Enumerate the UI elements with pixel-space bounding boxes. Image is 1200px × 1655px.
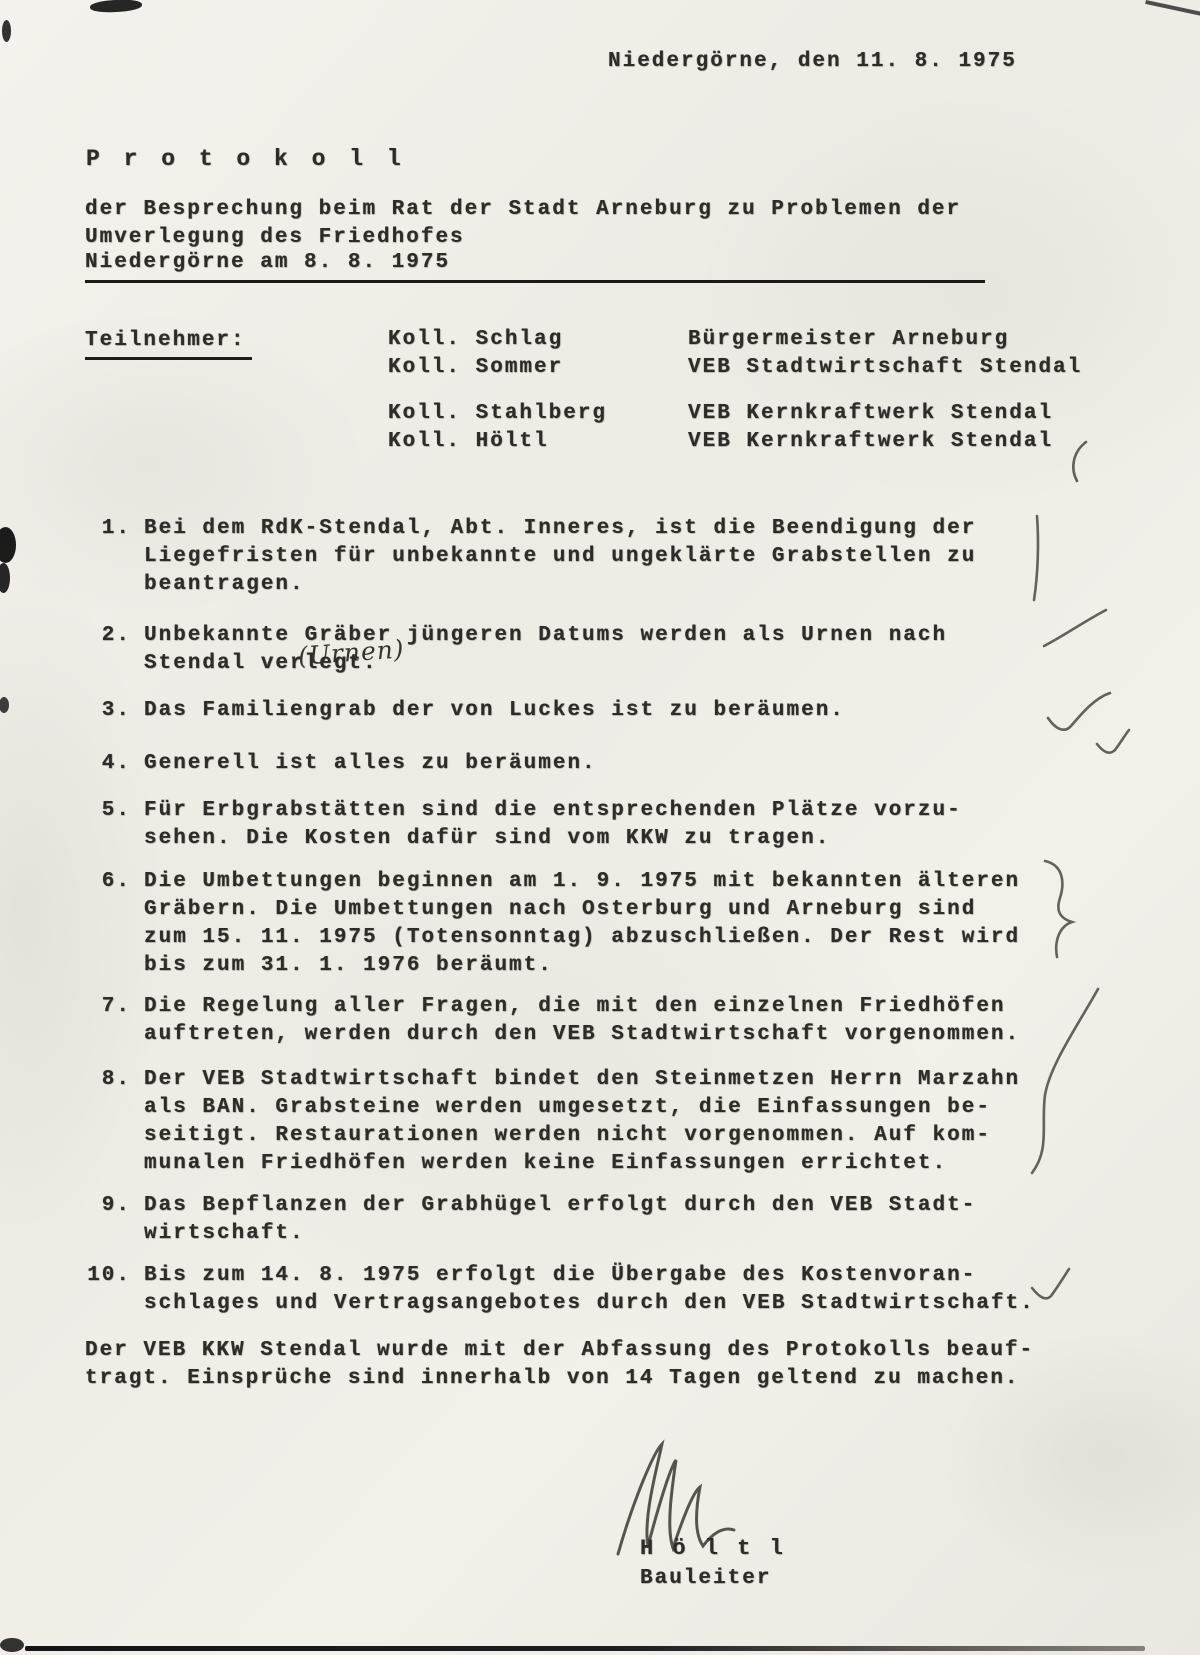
participants-group-2: Koll. Stahlberg VEB Kernkraftwerk Stenda… [388,400,1168,456]
list-item-6: 6. Die Umbettungen beginnen am 1. 9. 197… [85,868,1065,980]
item-number: 2. [85,622,131,678]
item-number: 10. [85,1262,131,1318]
participants-group-1: Koll. Schlag Bürgermeister Arneburg Koll… [388,326,1168,382]
item-text: Für Erbgrabstätten sind die entsprechend… [144,797,962,853]
item-number: 6. [85,868,131,980]
participant-org: Bürgermeister Arneburg [688,326,1009,354]
participant-row: Koll. Sommer VEB Stadtwirtschaft Stendal [388,354,1168,382]
date-line: Niedergörne, den 11. 8. 1975 [608,48,1017,76]
scan-artifact-bottom-edge-line [25,1646,1145,1651]
scanned-protocol-page: Niedergörne, den 11. 8. 1975 P r o t o k… [0,0,1200,1655]
list-item-7: 7. Die Regelung aller Fragen, die mit de… [85,993,1065,1049]
participant-row: Koll. Stahlberg VEB Kernkraftwerk Stenda… [388,400,1168,428]
item-number: 1. [85,515,131,599]
item-text: Die Regelung aller Fragen, die mit den e… [144,993,1020,1049]
handwritten-curve-participants [1062,438,1094,486]
handwritten-check-item10 [1026,1264,1074,1312]
participant-org: VEB Stadtwirtschaft Stendal [688,354,1082,382]
participant-name: Koll. Stahlberg [388,400,688,428]
item-text: Generell ist alles zu beräumen. [144,750,597,778]
scan-artifact-left-blob-2 [0,563,10,593]
participant-name: Koll. Schlag [388,326,688,354]
scan-artifact-bottom-left-blob [0,1638,24,1652]
item-text: Bis zum 14. 8. 1975 erfolgt die Übergabe… [144,1262,1035,1318]
item-text: Der VEB Stadtwirtschaft bindet den Stein… [144,1066,1020,1178]
participant-name: Koll. Höltl [388,428,688,456]
item-text: Unbekannte Gräber jüngeren Datums werden… [144,622,947,678]
scan-artifact-left-blob-1 [0,527,16,563]
list-item-2: 2. Unbekannte Gräber jüngeren Datums wer… [85,622,1065,678]
scan-artifact-left-small [2,20,11,42]
item-number: 9. [85,1192,131,1248]
handwritten-vertical-stroke-item1 [1028,512,1050,606]
scan-artifact-left-blob-3 [0,697,9,713]
list-item-10: 10. Bis zum 14. 8. 1975 erfolgt die Über… [85,1262,1065,1318]
item-text: Das Bepflanzen der Grabhügel erfolgt dur… [144,1192,976,1248]
participant-row: Koll. Höltl VEB Kernkraftwerk Stendal [388,428,1168,456]
handwritten-check-item3-small [1092,726,1134,764]
item-text: Das Familiengrab der von Luckes ist zu b… [144,697,845,725]
list-item-8: 8. Der VEB Stadtwirtschaft bindet den St… [85,1066,1065,1178]
list-item-4: 4. Generell ist alles zu beräumen. [85,750,1065,778]
signature-typed-name: H ö l t l [640,1536,786,1561]
participant-org: VEB Kernkraftwerk Stendal [688,428,1053,456]
page-title: P r o t o k o l l [86,146,406,172]
item-number: 3. [85,697,131,725]
item-number: 4. [85,750,131,778]
list-item-5: 5. Für Erbgrabstätten sind die entsprech… [85,797,1065,853]
item-text: Die Umbettungen beginnen am 1. 9. 1975 m… [144,868,1020,980]
list-item-9: 9. Das Bepflanzen der Grabhügel erfolgt … [85,1192,1065,1248]
list-item-3: 3. Das Familiengrab der von Luckes ist z… [85,697,1065,725]
item-number: 7. [85,993,131,1049]
closing-paragraph: Der VEB KKW Stendal wurde mit der Abfass… [85,1337,1095,1393]
handwritten-brace-item6 [1033,856,1081,964]
item-text: Bei dem RdK-Stendal, Abt. Inneres, ist d… [144,515,976,599]
participant-org: VEB Kernkraftwerk Stendal [688,400,1053,428]
list-item-1: 1. Bei dem RdK-Stendal, Abt. Inneres, is… [85,515,1065,599]
participant-name: Koll. Sommer [388,354,688,382]
participant-row: Koll. Schlag Bürgermeister Arneburg [388,326,1168,354]
participants-label: Teilnehmer: [85,327,252,360]
scan-artifact-top-right-line [1145,0,1200,16]
handwritten-tick-item2 [1040,606,1112,652]
subtitle-lines: der Besprechung beim Rat der Stadt Arneb… [85,196,961,252]
subtitle-underlined-line: Niedergörne am 8. 8. 1975 [85,249,985,283]
scan-artifact-top-left [90,0,143,13]
item-number: 5. [85,797,131,853]
handwritten-long-stroke-item7-8 [1018,983,1106,1181]
signature-role: Bauleiter [640,1565,771,1593]
item-number: 8. [85,1066,131,1178]
